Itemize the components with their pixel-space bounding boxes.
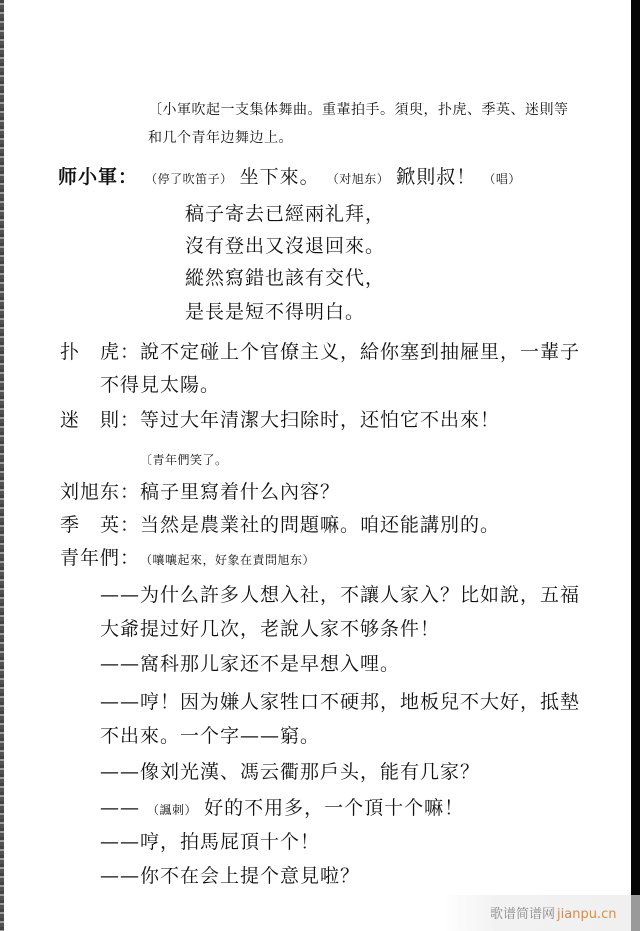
song-line: 是長是短不得明白。 (185, 300, 365, 324)
dash: —— (100, 797, 140, 819)
watermark: 歌谱简谱网jianpu.cn (490, 903, 616, 922)
stage-note: （唱） (483, 172, 521, 186)
dialogue-continued: 不得見太陽。 (100, 373, 220, 397)
stage-note: （停了吹笛子） (145, 172, 233, 186)
dialogue-text: 好的不用多，一个頂十个嘛！ (204, 797, 464, 819)
speaker-label: 季 英： (60, 513, 140, 537)
stage-note: （对旭东） (327, 172, 390, 186)
dialogue-text: 等过大年清潔大扫除时，还怕它不出來！ (140, 409, 500, 431)
scan-edge-left (0, 0, 4, 931)
youth-line: ——哼！因为嫌人家牲口不硬邦，地板兒不大好，抵墊 (100, 690, 580, 714)
youth-line: 大爺提过好几次，老說人家不够条件！ (100, 617, 440, 641)
youth-line-sarcastic: —— （諷刺） 好的不用多，一个頂十个嘛！ (100, 796, 464, 822)
song-line: 沒有登出又沒退回來。 (185, 234, 385, 258)
speaker-label: 刘旭东： (60, 480, 140, 504)
youth-line: ——窩科那儿家还不是早想入哩。 (100, 652, 400, 676)
scan-edge-right (631, 0, 640, 931)
stage-direction-continued: 和几个青年边舞边上。 (148, 126, 293, 150)
dialogue-text: 稿子里寫着什么內容？ (140, 481, 340, 503)
dialogue-line-shi-xiaojun: 师小軍： （停了吹笛子） 坐下來。 （对旭东） 鍁則叔！ （唱） (58, 165, 521, 191)
youth-line: ——为什么許多人想入社，不讓人家入？比如說，五福 (100, 583, 580, 607)
youth-line: ——你不在会上提个意見啦？ (100, 864, 360, 888)
scanned-script-page: 〔小軍吹起一支集体舞曲。重輩拍手。須臾，扑虎、季英、迷則等 和几个青年边舞边上。… (0, 0, 631, 931)
stage-direction: 〔小軍吹起一支集体舞曲。重輩拍手。須臾，扑虎、季英、迷則等 (148, 98, 569, 122)
dialogue-text: 說不定碰上个官僚主义，給你塞到抽屜里，一輩子 (140, 341, 580, 363)
song-line: 縱然寫錯也該有交代， (185, 266, 385, 290)
song-line: 稿子寄去已經兩礼拜， (185, 202, 385, 226)
watermark-text: 歌谱简谱网 (490, 907, 555, 922)
stage-note: （嚷嚷起來，好象在責問旭东） (140, 553, 315, 567)
youth-line: ——像刘光漢、馮云衢那戶头，能有几家？ (100, 760, 480, 784)
stage-direction: 〔青年們笑了。 (140, 448, 228, 472)
dialogue-text: 当然是農業社的問題嘛。咱还能講別的。 (140, 514, 500, 536)
dialogue-line-qingnianmen: 青年們：（嚷嚷起來，好象在責問旭东） (60, 546, 315, 572)
speaker-label: 扑 虎： (60, 340, 140, 364)
dialogue-line-pu-hu: 扑 虎：說不定碰上个官僚主义，給你塞到抽屜里，一輩子 (60, 340, 580, 364)
youth-line: 不出來。一个字——窮。 (100, 724, 320, 748)
dialogue-line-liu-xudong: 刘旭东：稿子里寫着什么內容？ (60, 480, 340, 504)
speaker-label: 师小軍： (58, 165, 138, 189)
youth-line: ——哼，拍馬屁頂十个！ (100, 830, 320, 854)
dialogue-text: 坐下來。 (240, 166, 320, 188)
speaker-label: 迷 則： (60, 408, 140, 432)
speaker-label: 青年們： (60, 546, 140, 570)
watermark-url: jianpu.cn (557, 907, 616, 922)
stage-note: （諷刺） (147, 803, 197, 817)
dialogue-line-mi-ze: 迷 則：等过大年清潔大扫除时，还怕它不出來！ (60, 408, 500, 432)
dialogue-text: 鍁則叔！ (396, 166, 476, 188)
dialogue-line-ji-ying: 季 英：当然是農業社的問題嘛。咱还能講別的。 (60, 513, 500, 537)
scan-edge-right-bottom (631, 895, 640, 931)
